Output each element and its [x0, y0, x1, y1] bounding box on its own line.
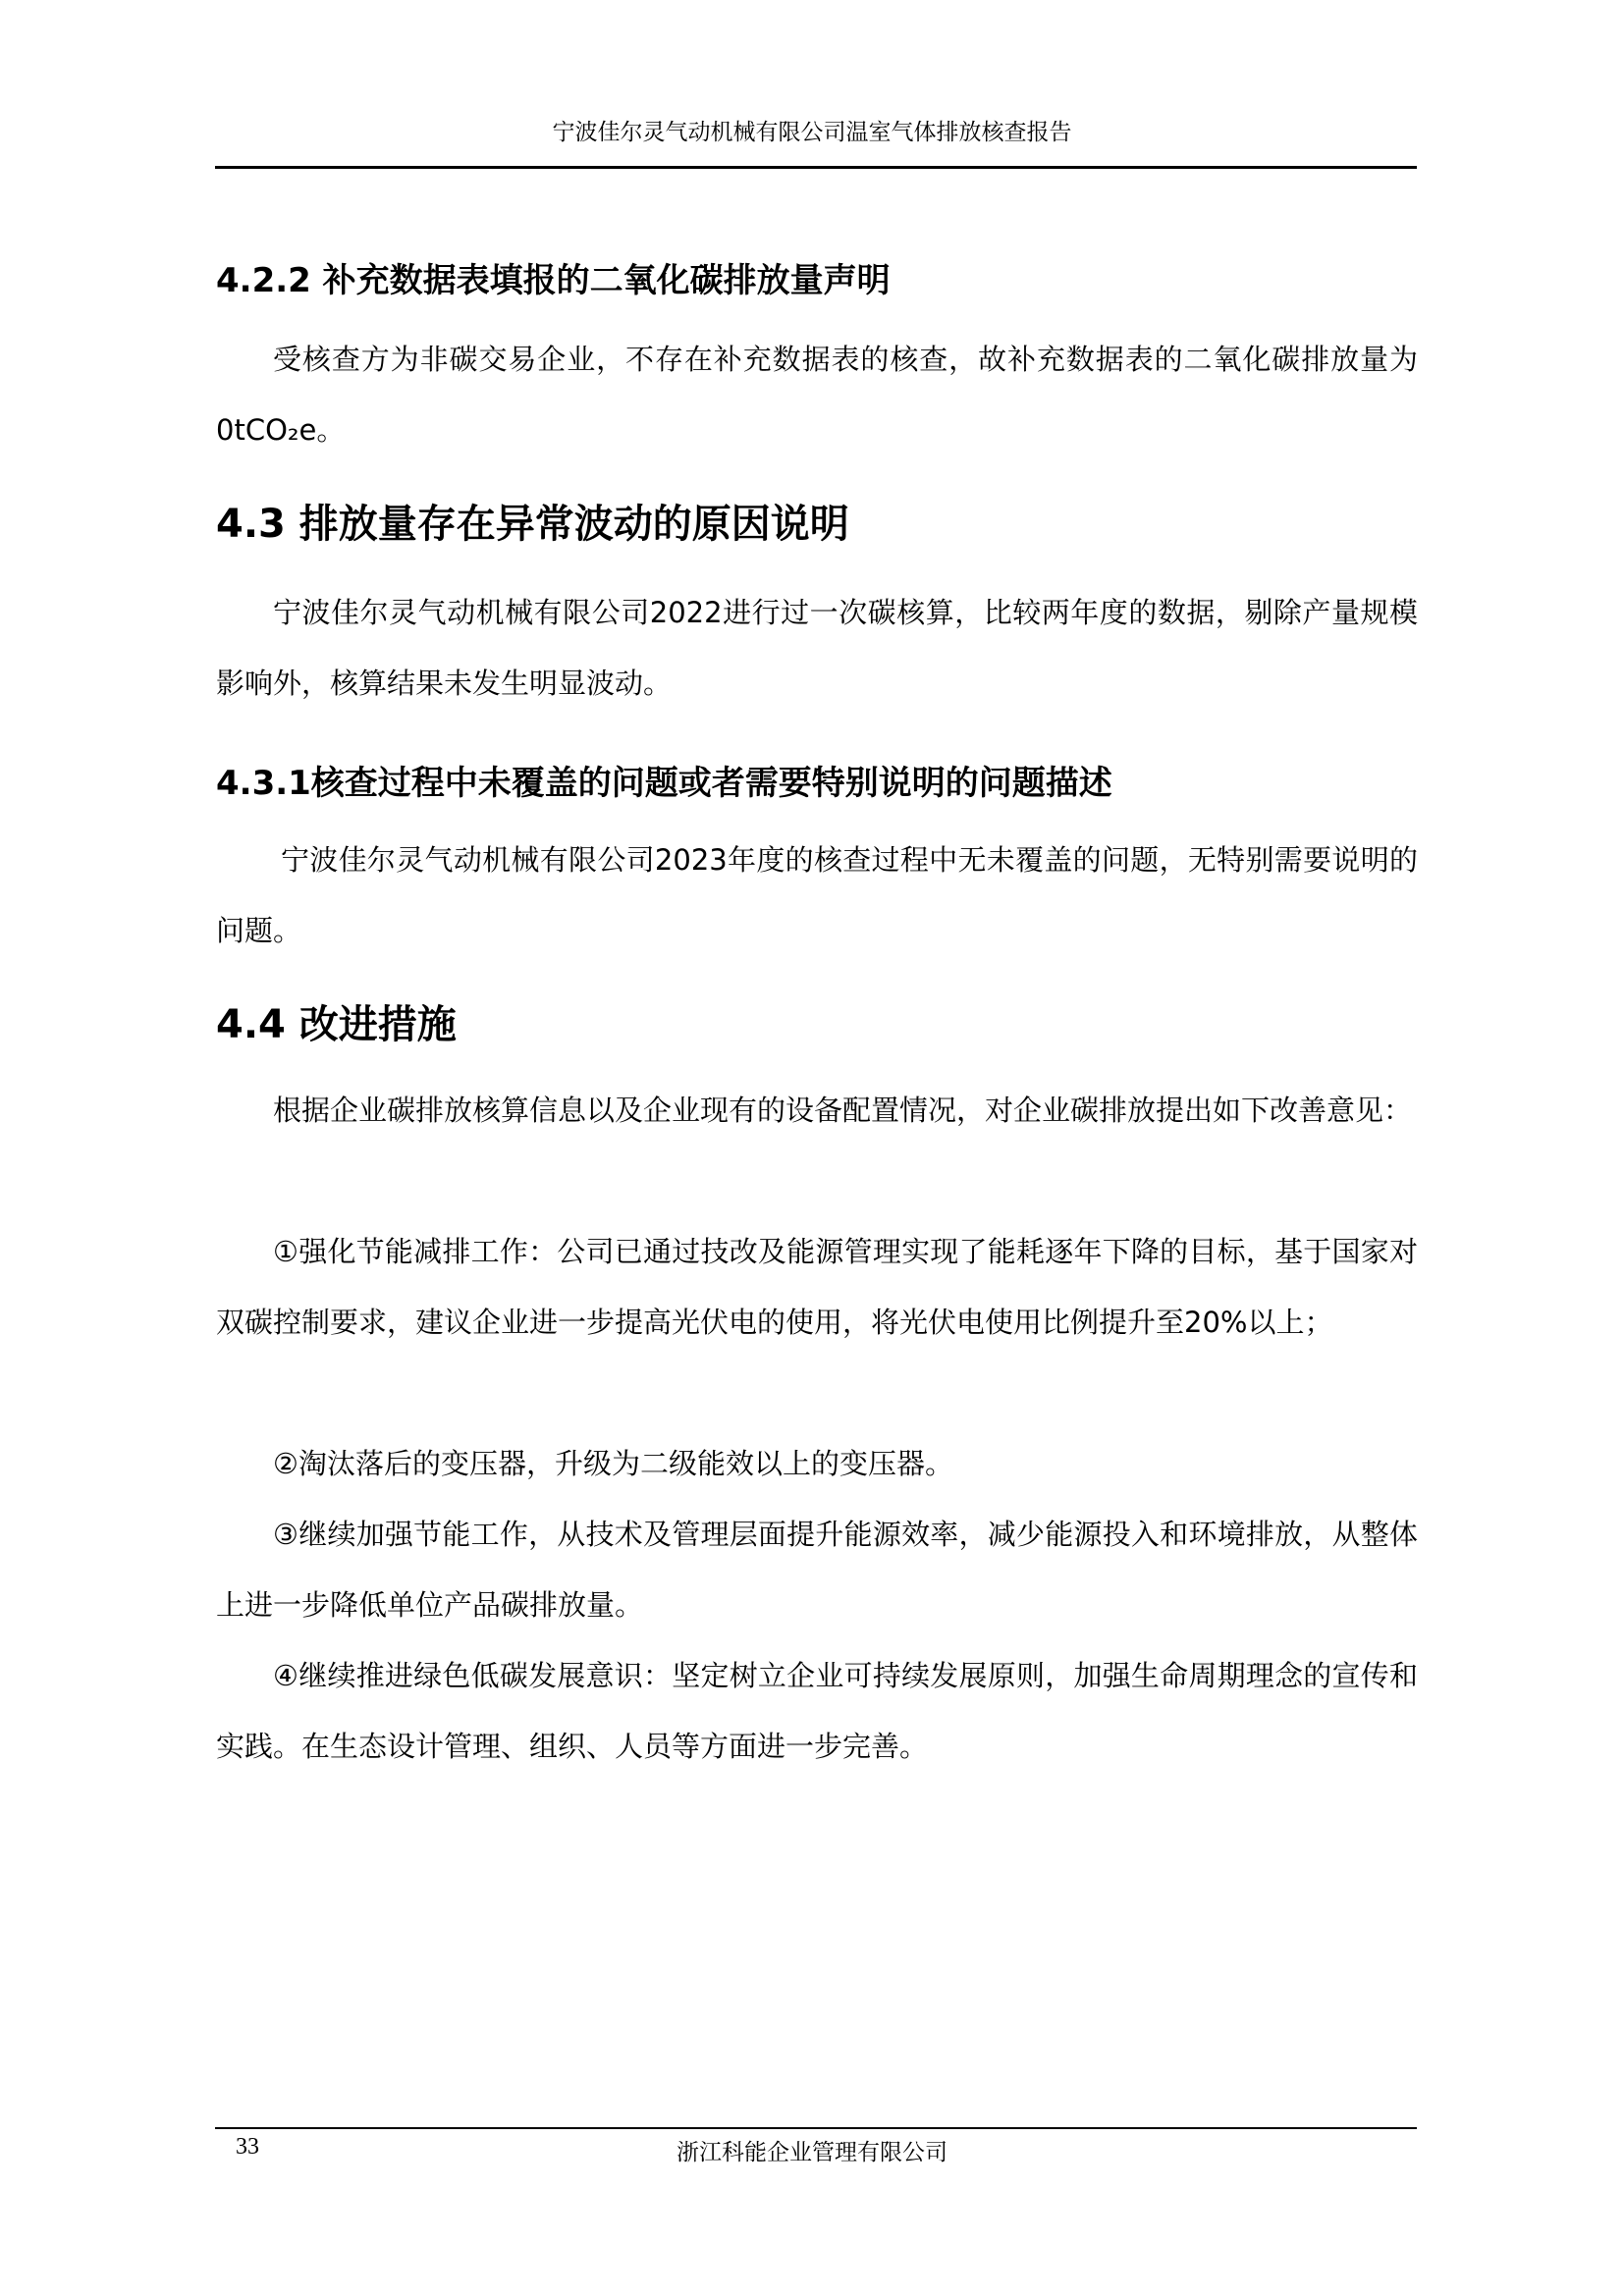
section-heading-4-3-1: 4.3.1核查过程中未覆盖的问题或者需要特别说明的问题描述	[216, 756, 1112, 804]
section-heading-4-4: 4.4 改进措施	[216, 993, 457, 1049]
running-header-title: 宁波佳尔灵气动机械有限公司温室气体排放核查报告	[0, 114, 1624, 146]
improvement-item-4: ④继续推进绿色低碳发展意识：坚定树立企业可持续发展原则，加强生命周期理念的宣传和…	[216, 1640, 1418, 1782]
section-4-3-paragraph-1: 宁波佳尔灵气动机械有限公司2022进行过一次碳核算，比较两年度的数据，剔除产量规…	[216, 577, 1418, 719]
improvement-item-1: ①强化节能减排工作：公司已通过技改及能源管理实现了能耗逐年下降的目标，基于国家对…	[216, 1216, 1418, 1358]
section-4-2-2-paragraph-1: 受核查方为非碳交易企业，不存在补充数据表的核查，故补充数据表的二氧化碳排放量为0…	[216, 324, 1418, 465]
header-divider	[215, 166, 1417, 169]
section-heading-4-3: 4.3 排放量存在异常波动的原因说明	[216, 493, 849, 549]
section-4-3-1-paragraph-1: 宁波佳尔灵气动机械有限公司2023年度的核查过程中无未覆盖的问题，无特别需要说明…	[216, 825, 1418, 966]
improvement-item-3: ③继续加强节能工作，从技术及管理层面提升能源效率，减少能源投入和环境排放，从整体…	[216, 1499, 1418, 1640]
improvement-item-2: ②淘汰落后的变压器，升级为二级能效以上的变压器。	[216, 1428, 1418, 1499]
footer-divider	[215, 2127, 1417, 2129]
footer-company-name: 浙江科能企业管理有限公司	[0, 2134, 1624, 2166]
section-4-4-intro-paragraph: 根据企业碳排放核算信息以及企业现有的设备配置情况，对企业碳排放提出如下改善意见：	[216, 1075, 1418, 1146]
section-heading-4-2-2: 4.2.2 补充数据表填报的二氧化碳排放量声明	[216, 253, 891, 301]
